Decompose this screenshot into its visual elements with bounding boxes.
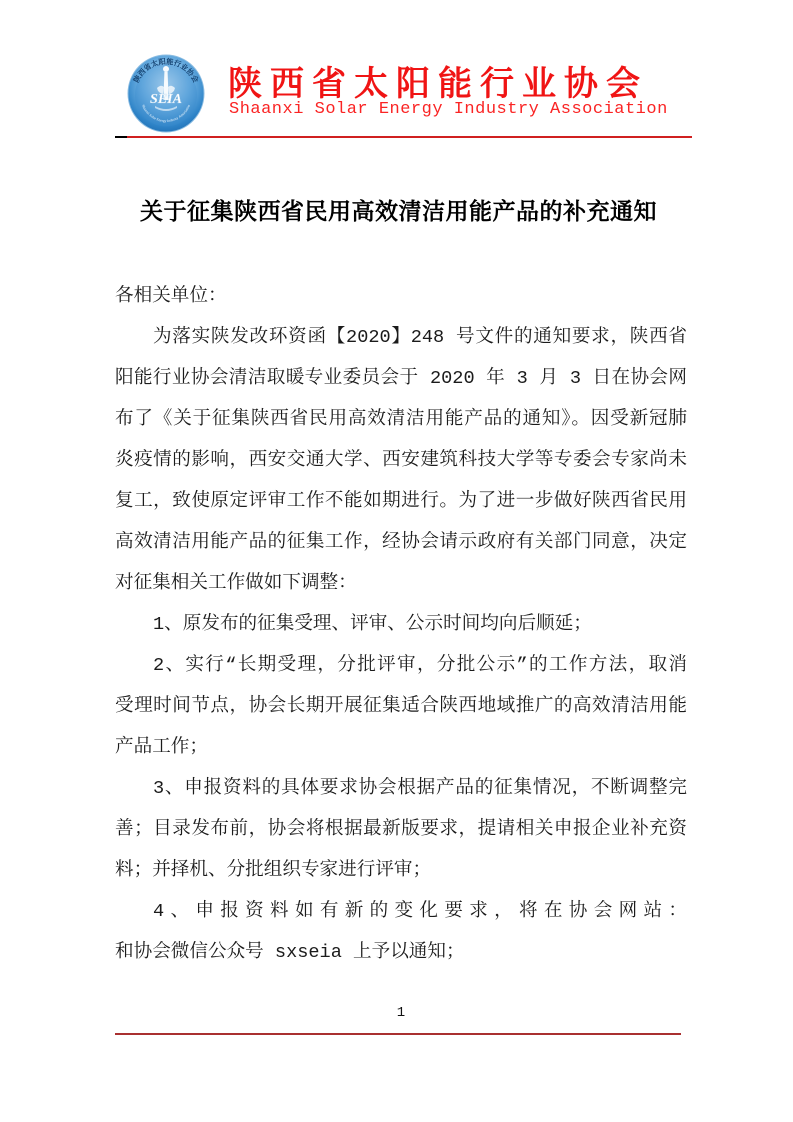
association-logo-icon: 陕西省太阳能行业协会 Shaanxi Solar Energy Industry… — [127, 54, 205, 133]
page-number: 1 — [115, 1002, 687, 1024]
body-line-item-1: 1、原发布的征集受理、评审、公示时间均向后顺延； — [115, 604, 687, 645]
body-line: 炎疫情的影响，西安交通大学、西安建筑科技大学等专委会专家尚未 — [115, 440, 687, 481]
body-line-salutation: 各相关单位： — [115, 276, 687, 317]
body-line: 和协会微信公众号 sxseia 上予以通知； — [115, 932, 687, 973]
body-line: 复工，致使原定评审工作不能如期进行。为了进一步做好陕西省民用 — [115, 481, 687, 522]
org-name-chinese: 陕西省太阳能行业协会 — [228, 56, 648, 105]
letterhead-rule — [115, 136, 692, 138]
body-line: 料；并择机、分批组织专家进行评审； — [115, 850, 687, 891]
body-line: 产品工作； — [115, 727, 687, 768]
body-line: 高效清洁用能产品的征集工作，经协会请示政府有关部门同意，决定 — [115, 522, 687, 563]
body-line: 布了《关于征集陕西省民用高效清洁用能产品的通知》。因受新冠肺 — [115, 399, 687, 440]
letterhead-rule-red-segment — [127, 136, 692, 138]
body-line: 为落实陕发改环资函【2020】248 号文件的通知要求，陕西省太 — [115, 317, 687, 358]
document-body: 各相关单位： 为落实陕发改环资函【2020】248 号文件的通知要求，陕西省太 … — [115, 276, 687, 973]
letterhead-rule-black-segment — [115, 136, 127, 138]
body-line-item-4: 4、申报资料如有新的变化要求，将在协会网站：www.sxseia.com — [115, 891, 687, 932]
body-line: 受理时间节点，协会长期开展征集适合陕西地域推广的高效清洁用能 — [115, 686, 687, 727]
body-line-item-2: 2、实行“长期受理，分批评审，分批公示”的工作方法，取消 — [115, 645, 687, 686]
logo-center-text: SEIA — [150, 92, 182, 107]
body-line: 对征集相关工作做如下调整： — [115, 563, 687, 604]
body-line: 善；目录发布前，协会将根据最新版要求，提请相关申报企业补充资 — [115, 809, 687, 850]
body-line: 阳能行业协会清洁取暖专业委员会于 2020 年 3 月 3 日在协会网站发 — [115, 358, 687, 399]
org-name-english: Shaanxi Solar Energy Industry Associatio… — [229, 100, 668, 119]
footer-rule — [115, 1033, 681, 1035]
association-logo: 陕西省太阳能行业协会 Shaanxi Solar Energy Industry… — [127, 54, 205, 133]
body-line-item-3: 3、申报资料的具体要求协会根据产品的征集情况，不断调整完 — [115, 768, 687, 809]
document-title: 关于征集陕西省民用高效清洁用能产品的补充通知 — [110, 197, 687, 227]
document-page: 陕西省太阳能行业协会 Shaanxi Solar Energy Industry… — [0, 0, 793, 1122]
